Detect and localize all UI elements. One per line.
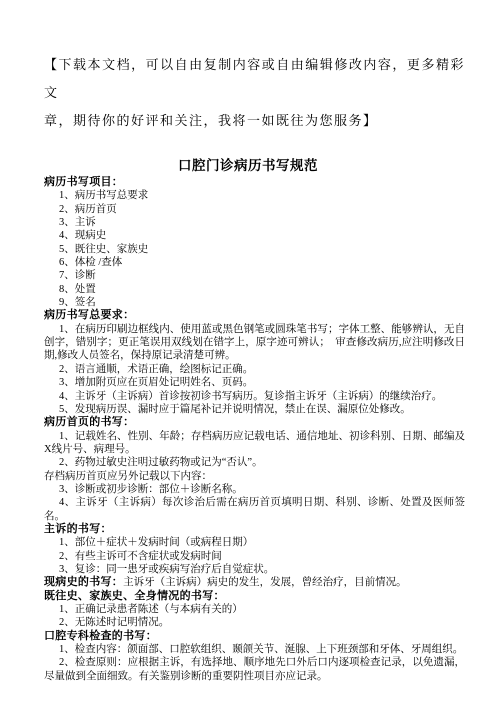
section-line: 1、检查内容：颌面部、口腔软组织、颞颌关节、涎腺、上下班颈部和牙体、牙周组织。 xyxy=(44,643,465,656)
section-line: 4、主诉牙（主诉病）首诊按初诊书写病历。复诊指主诉牙（主诉病）的继续治疗。 xyxy=(44,390,465,403)
section-line: 2、语言通顺，术语正确，绘图标记正确。 xyxy=(44,363,465,376)
section-line: 2、有些主诉可不含症状或发病时间 xyxy=(44,550,465,563)
section-line: 4、主诉牙（主诉病）每次诊治后需在病历首页填明日期、科别、诊断、处置及医师签名。 xyxy=(44,496,465,523)
section-line: 1、记载姓名、性别、年龄；存档病历应记载电话、通信地址、初诊科别、日期、邮编及X… xyxy=(44,430,465,457)
section-line: 1、在病历印刷边框线内、使用蓝或黑色钢笔或圆珠笔书写；字体工整、能够辨认，无自创… xyxy=(44,323,465,363)
section-heading: 病历首页的书写： xyxy=(44,416,134,428)
section: 现病史的书写：主诉牙（主诉病）病史的发生，发展，曾经治疗，目前情况。 xyxy=(44,576,465,589)
section-line: 2、无陈述时记明情况。 xyxy=(44,616,465,629)
section: 病历书写项目： 1、病历书写总要求2、病历首页3、主诉4、现病史5、既往史、家族… xyxy=(44,176,465,309)
notice-line-2: 章，期待你的好评和关注，我将一如既往为您服务】 xyxy=(44,107,465,135)
section-heading-line: 病历首页的书写： xyxy=(44,416,465,429)
section-inline-text: 主诉牙（主诉病）病史的发生，发展，曾经治疗，目前情况。 xyxy=(123,577,407,588)
section: 病历首页的书写： 1、记载姓名、性别、年龄；存档病历应记载电话、通信地址、初诊科… xyxy=(44,416,465,523)
section-heading-line: 口腔专科检查的书写： xyxy=(44,630,465,643)
document-sections: 病历书写项目： 1、病历书写总要求2、病历首页3、主诉4、现病史5、既往史、家族… xyxy=(44,176,465,683)
notice-paragraph: 【下载本文档，可以自由复制内容或自由编辑修改内容，更多精彩文 章，期待你的好评和… xyxy=(44,51,465,135)
section-line: 存档病历首页应另外记载以下内容： xyxy=(44,470,465,483)
section-line: 6、体检 /查体 xyxy=(44,256,465,269)
section-heading: 口腔专科检查的书写： xyxy=(44,630,157,642)
section-line: 9、签名 xyxy=(44,296,465,309)
section-line: 2、检查原则：应根据主诉，有选择地、顺序地先口外后口内逐项检查记录，以免遗漏，尽… xyxy=(44,656,465,683)
section-line: 4、现病史 xyxy=(44,229,465,242)
section-heading-line: 现病史的书写：主诉牙（主诉病）病史的发生，发展，曾经治疗，目前情况。 xyxy=(44,576,465,589)
section: 口腔专科检查的书写： 1、检查内容：颌面部、口腔软组织、颞颌关节、涎腺、上下班颈… xyxy=(44,630,465,683)
section-heading: 主诉的书写： xyxy=(44,523,112,535)
section-heading-line: 主诉的书写： xyxy=(44,523,465,536)
section-heading: 现病史的书写： xyxy=(44,576,123,588)
section-line: 7、诊断 xyxy=(44,269,465,282)
section-line: 3、主诉 xyxy=(44,216,465,229)
section-line: 3、复诊：同一患牙或疾病写治疗后自觉症状。 xyxy=(44,563,465,576)
section-heading-line: 既往史、家族史、全身情况的书写： xyxy=(44,590,465,603)
section-line: 5、发现病历误、漏时应于篇尾补记并说明情况，禁止在误、漏原位处修改。 xyxy=(44,403,465,416)
section-line: 2、病历首页 xyxy=(44,203,465,216)
section: 病历书写总要求： 1、在病历印刷边框线内、使用蓝或黑色钢笔或圆珠笔书写；字体工整… xyxy=(44,309,465,416)
section-heading: 病历书写总要求： xyxy=(44,309,134,321)
document-page: 【下载本文档，可以自由复制内容或自由编辑修改内容，更多精彩文 章，期待你的好评和… xyxy=(0,0,496,702)
section: 既往史、家族史、全身情况的书写： 1、正确记录患者陈述（与本病有关的）2、无陈述… xyxy=(44,590,465,630)
section-heading-line: 病历书写总要求： xyxy=(44,309,465,322)
document-title: 口腔门诊病历书写规范 xyxy=(0,156,496,176)
section-line: 3、诊断或初步诊断：部位＋诊断名称。 xyxy=(44,483,465,496)
section-line: 5、既往史、家族史 xyxy=(44,243,465,256)
section-line: 1、病历书写总要求 xyxy=(44,189,465,202)
section-line: 1、正确记录患者陈述（与本病有关的） xyxy=(44,603,465,616)
section: 主诉的书写： 1、部位＋症状＋发病时间（或病程日期）2、有些主诉可不含症状或发病… xyxy=(44,523,465,576)
notice-line-1: 【下载本文档，可以自由复制内容或自由编辑修改内容，更多精彩文 xyxy=(44,51,465,107)
section-line: 3、增加附页应在页眉处记明姓名、页码。 xyxy=(44,376,465,389)
section-line: 1、部位＋症状＋发病时间（或病程日期） xyxy=(44,536,465,549)
section-heading: 病历书写项目： xyxy=(44,176,123,188)
section-heading-line: 病历书写项目： xyxy=(44,176,465,189)
section-line: 8、处置 xyxy=(44,283,465,296)
section-heading: 既往史、家族史、全身情况的书写： xyxy=(44,590,225,602)
section-line: 2、药物过敏史注明过敏药物或记为“否认”。 xyxy=(44,456,465,469)
